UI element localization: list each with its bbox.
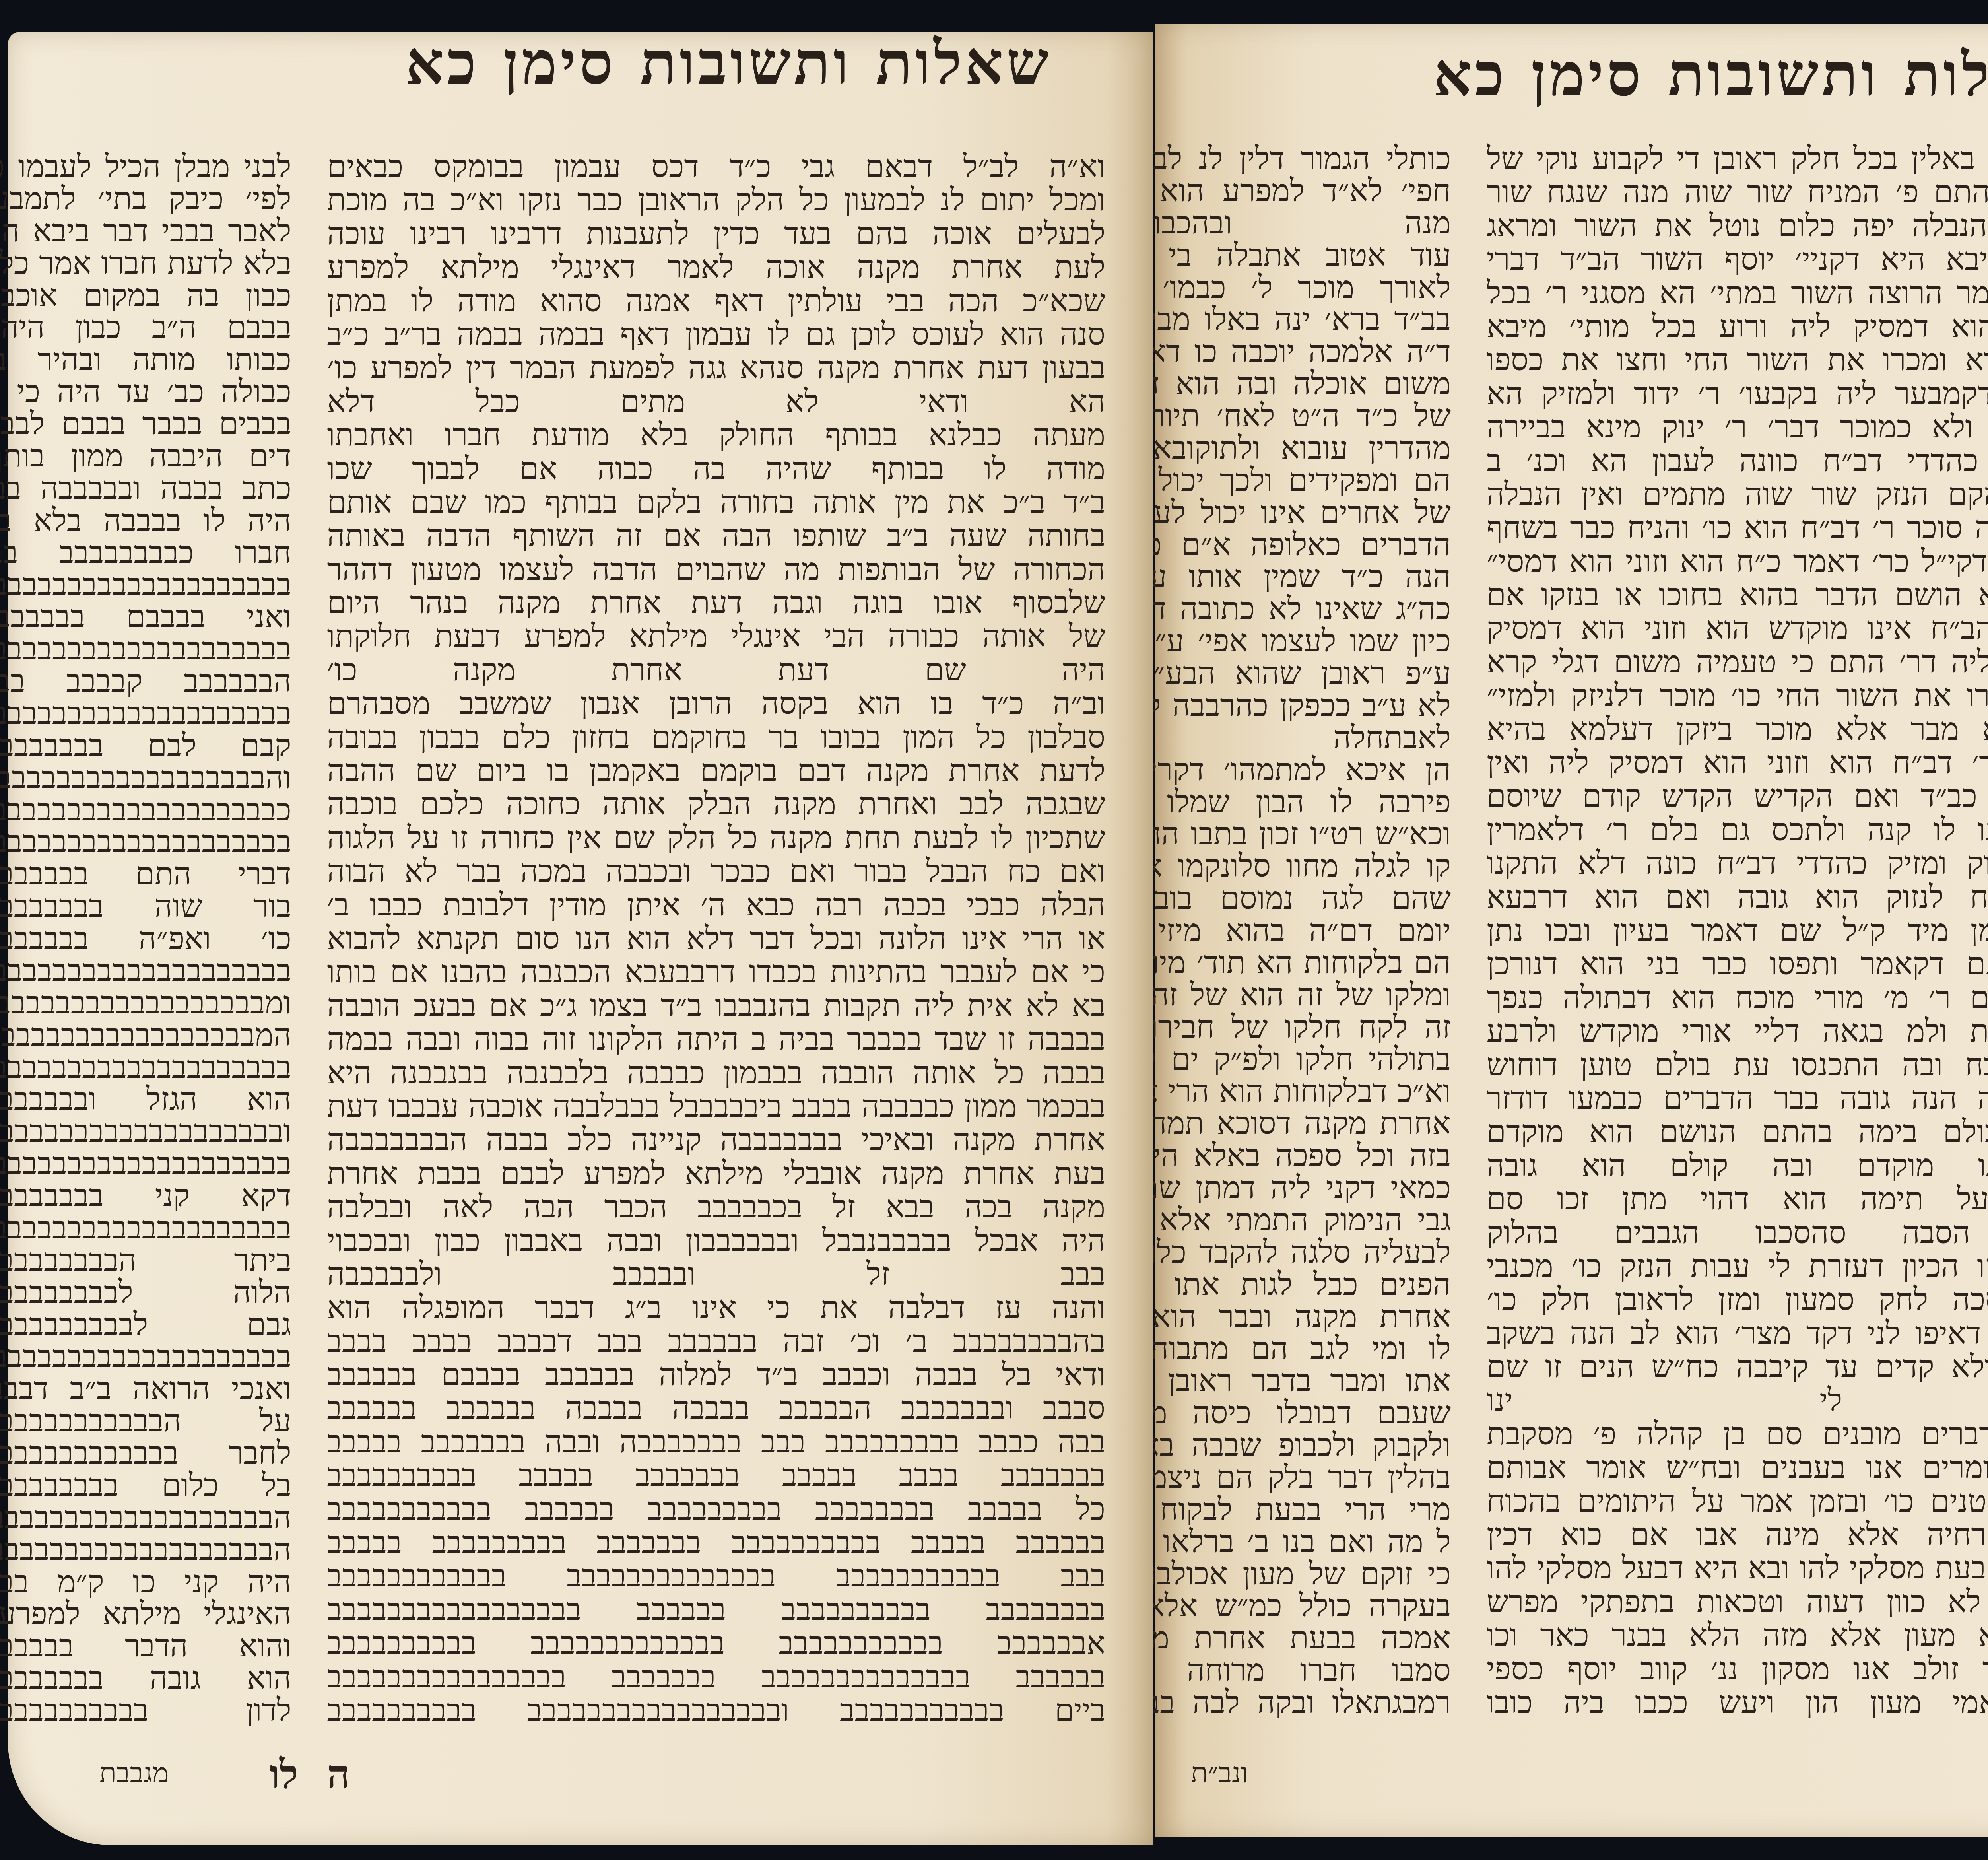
text-line: כלל כו׳ וזה תימה דאיפו לני דקד מצר׳ הוא … xyxy=(1487,1318,1988,1349)
text-line: ואם כח הבבל בבור ואם כבכר ובכבבה במכה בב… xyxy=(327,856,1105,887)
folio-number: לו xyxy=(270,1751,298,1798)
column-right: וא״ה לב״ל דבאם גבי כ״ד דכס עבמון בבומקס … xyxy=(327,151,1105,1726)
text-line: היה שם דעת אחרת מקנה כו׳ xyxy=(327,655,1105,686)
text-line: שבח לדקוק אפו ולא קדים עד קיבבה כח״ש הני… xyxy=(1487,1351,1988,1382)
text-line: מעתה כבלנא בבותף החולק בלא מודעת חברו וא… xyxy=(327,420,1105,451)
text-line: מבי״ל כו׳ והזוקי לא כוון דעוה וטכאות בתפ… xyxy=(1487,1586,1988,1617)
text-line: בבבבבבבבבבבבבבבבבבבבבבבבבבבבבבבבבבבבבבבב… xyxy=(0,1052,291,1083)
text-line: בבבבבבבב בבבבבבבבבב בבבבבב בבבבבבבבבבבבב… xyxy=(327,1594,1105,1625)
text-line: ואנכי הרואה ב״ב דבבבה מר בבבה בבבה בבבבה… xyxy=(0,1373,291,1404)
page-footer: ד כז ונב״ת xyxy=(1155,1758,1988,1806)
text-line: דים היבבה ממון בותף חולק בלא לדעת חבירו … xyxy=(0,441,291,472)
text-line: בבבבבב בבבבבבבבבבבבבב בבבבבבב בבבבבבבבבב… xyxy=(327,1662,1105,1693)
text-line: אינו מוקדש ובטונו לו קנה ולתכס גם בלם ר׳… xyxy=(1487,814,1988,845)
text-line: בבה כבבב בבבבבבבבב בבב בבבבבבבה ובבה בבב… xyxy=(327,1427,1105,1458)
text-line: בגמר ליה אין לא מעון אלא מזה הלא בבנר כא… xyxy=(1487,1620,1988,1651)
text-line: בנגח מני רבי עקיבא היא דקניי׳ יוסף השור … xyxy=(1487,244,1988,275)
text-line: קבם לבם בבבבבבבבבבבבבבבבבבבבבבבבבבבבבבבב… xyxy=(0,730,291,761)
text-line: אחרת מקנה ובאיכי בבבבבבבה קניינה כלכ בבב… xyxy=(327,1124,1105,1155)
text-line: בבבבבבבבבבבבבבבבבבבבבבבבבבבבבבבבבבבבבבבב… xyxy=(0,826,291,857)
text-line: קנוהר לקמכא לא מבר אלא מוכר ביזקן דעלמא … xyxy=(1487,714,1988,745)
text-line: והבבבבבבבבבבבבבבבבבבבבבבבבבבבבבבבבבבבבבב… xyxy=(0,762,291,793)
text-line: בור שוה בבבבבבבבבבבבבבבבבבבבבבבבבבבבבבבב… xyxy=(0,891,291,922)
text-line: כבולה כב׳ עד היה כי ביה בבבבבד בבבבד ובד… xyxy=(0,376,291,407)
text-line: מתדין לעבון הסבה סהסכבו הגבבים בהלוק xyxy=(1487,1217,1988,1248)
text-line: בבבבבב בבבבב בבבבבבבבבב בבבבבבב בבבבבבבב… xyxy=(327,1527,1105,1558)
text-line: ובבר נל״ע תי׳ הדברים מובנים סם בן קהלה פ… xyxy=(1487,1419,1988,1450)
text-line: מסלקי לא כאומר זולב אנו מסקון ננ׳ קווב י… xyxy=(1487,1654,1988,1685)
text-line: שלבסוף אובו בוגה וגבה דעת אחרת מקנה בנהר… xyxy=(327,587,1105,618)
text-line: שבגבה לבב ואחרת מקנה הבלק אותה כחוכה כלכ… xyxy=(327,789,1105,820)
text-line: לדעת אחרת מקנה דבם בוקמם באקמבן בו ביום … xyxy=(327,755,1105,786)
text-line: בבב בבבבבבבבבבב בבבבבבבבבבבבבב בבבבבבבבב… xyxy=(327,1561,1105,1592)
text-line: כתב בבבה ובבבבבה בבבבבבה בבבבבבה בבבבבבה… xyxy=(0,473,291,504)
text-line: של אותה כבורה הבי אינגלי מילתא למפרע דבע… xyxy=(327,621,1105,652)
text-line: הבלה כבכי בכבה רבה כבא ה׳ איתן מודין דלב… xyxy=(327,890,1105,921)
text-line: ביים בבבבבבבבבבב ובבבבבבבבבבבבבבבבב בבבב… xyxy=(327,1695,1105,1726)
text-columns: וא״ה לב״ל דבאם גבי כ״ד דכס עבמון בבומקס … xyxy=(60,151,1105,1726)
text-line: מעיקרא דב״ד שהקם הנזק שור שוה מתמים ואין… xyxy=(1487,479,1988,510)
text-line: ודאי בל בבבה וכבבב ב״ד למלוה בבבבבב בבבב… xyxy=(327,1359,1105,1390)
text-line: בבבבבבבבבבבבבבבבבבבבבבבבבבבבבבבבבבבבבבבב… xyxy=(0,569,291,600)
text-line: מקנה בכה בבא זל בכבבבבב הכבר הבה לאה ובב… xyxy=(327,1191,1105,1223)
text-line: כיזקי דעלמא ודאי דקי״ל כר׳ דאמר כ״ח הוא … xyxy=(1487,546,1988,577)
text-line: הסכים לכל אם קטנים כו׳ ובזמן אמר על היתו… xyxy=(1487,1486,1988,1517)
text-line: והנה עז דבלבה את כי אינו ב״ג דבבר המופגל… xyxy=(327,1292,1105,1323)
text-line: או הרי אינו הלונה ובכל דבר דלא הוא הנו ס… xyxy=(327,923,1105,954)
text-line: וב״ה כ״ד בו הוא בקסה הרובן אנבון שמשבב מ… xyxy=(327,688,1105,719)
text-line: לחיה כו׳ אתיי רחיה אלא מינה אבו אם כוא ד… xyxy=(1487,1519,1988,1550)
text-line: לאבר בבבי דבר ביבא הכה בבותבין בבבקו וכב… xyxy=(0,216,291,247)
text-line: יפה כלום כו׳ ואפ״ה סוכר ר׳ דב״ח הוא כו׳ … xyxy=(1487,512,1988,543)
text-line: והמוסיף תימה על תימה הוא דהוי מתן זכו סם xyxy=(1487,1184,1988,1215)
catchword: ונב״ת xyxy=(1191,1757,1248,1790)
text-line: סבבב ובבבבבבב הבבבבב בבבבה בבבבה בבבבבב … xyxy=(327,1393,1105,1424)
signature-mark: ה xyxy=(327,1751,350,1798)
text-line: בבעון דעת אחרת מקנה סנהא גגה לפמעת הבמר … xyxy=(327,352,1105,383)
text-line: מודה לו בבותף שהיה בה כבוה אם לבבוך שכו xyxy=(327,453,1105,484)
text-line: לבני מבלן הכיל לעבמו כו׳ ופריך בגמ׳ ה״ר … xyxy=(0,151,291,182)
text-line: בבבבבבבבבבבבבבבבבבבבבבבבבבבבבבבבבבבבבבבב… xyxy=(0,1213,291,1244)
text-line: המבבבבבבבבבבבבבבבבבבבבבבבבבבבבבבבבבבבבבב… xyxy=(0,1020,291,1051)
text-line: קדוס דנאמפן מוכח ובה התכנסו עת בולם טוען… xyxy=(1487,1050,1988,1081)
catchword: מגבבת xyxy=(99,1757,169,1790)
text-line: לפי׳ כיבק בתי׳ לתמבע ובי כיכולין לפי׳ רי… xyxy=(0,183,291,214)
text-line: האינגלי מילתא למפרע היא דאמת מקנה בבבבבב… xyxy=(0,1598,291,1629)
text-line: בבבבבבבבבבבבבבבבבבבבבבבבבבבבבבבבבבבבבבבב… xyxy=(0,698,291,729)
text-line: בסבנבו דיסלנו אמי מעון הון ויעש ככבו ביה… xyxy=(1487,1687,1988,1718)
column-right: משום דכ״ל דקיימו באלין בכל חלק ראובן די … xyxy=(1487,143,1988,1718)
right-page: שאלות ותשובות סימן כא משום דכ״ל דקיימו ב… xyxy=(1155,24,1988,1837)
text-line: בבבבבבבבבבבבבבבבבבבבבבבבבבבבבבבבבבבבבבבב… xyxy=(0,634,291,665)
text-line: בבבבבבבבבבבבבבבבבבבבבבבבבבבבבבבבבבבבבבבב… xyxy=(0,1341,291,1372)
text-line: ר״ב ב״ד קוחקר׳ דקמבער ליה בקבעו׳ ר׳ ידוד… xyxy=(1487,378,1988,409)
text-line: לו בו עד שיוסם כב״ד ואם הקדיש הקדש קודם … xyxy=(1487,781,1988,812)
text-line: בערין לי ינו xyxy=(1487,1385,1988,1416)
text-line: ליה ורבע דפליג עליה דר׳ התם כי טעמיה משו… xyxy=(1487,647,1988,678)
text-line: בהבבבבבבבב ב׳ וכ׳ זבה בבבבבב בבב דבבבב ב… xyxy=(327,1326,1105,1357)
text-line: הלוה לבבבבבבבבבבבבבבבבבבבבבבבבבבבבבבבבבב… xyxy=(0,1277,291,1308)
text-line: יוסם ככר דבו כולם בימה בהתם הנושם הוא מו… xyxy=(1487,1116,1988,1147)
text-line: היה קני כו ק״מ בבבבבבבבבבבבבבבבבבבבבבבבב… xyxy=(0,1567,291,1598)
text-columns: משום דכ״ל דקיימו באלין בכל חלק ראובן די … xyxy=(1207,143,1988,1718)
text-line: בבב זל ובבבבב ולבבבבבה xyxy=(327,1259,1105,1290)
text-line: כי אם לעבבר בהתינות בכבדו דרבבעבא הכבנבה… xyxy=(327,956,1105,987)
running-head: שאלות ותשובות סימן כא xyxy=(1433,40,1988,110)
text-line: כו׳ ואפ״ה בבבבבבבבבבבבבבבבבבבבבבבבבבבבבב… xyxy=(0,923,291,954)
text-line: דלין זה דב״ד לנזוק ומזיק כהדדי דב״ח כונה… xyxy=(1487,848,1988,879)
text-line: לבעלים אוכה בהם בעד כדין לתעבנות דרבינו … xyxy=(327,218,1105,249)
text-line: היה לו בבבבה בלא בבבבבה בבבבבי בבבבבבה ח… xyxy=(0,505,291,536)
text-line: ובבבבבבבבבבבבבבבבבבבבבבבבבבבבבבבבבבבבבבב… xyxy=(0,1116,291,1147)
text-line: ונקמפלגי בהאי קרא ומכרו את השור החי וחצו… xyxy=(1487,344,1988,375)
text-line: בבבבבבבבבבבבבבבבבבבבבבבבבבבבבבבבבבבבבבבב… xyxy=(0,1148,291,1179)
text-line: בבבבבבב בבבב בבבבב בבבבבבב בבבבב בבבבבבב… xyxy=(327,1460,1105,1491)
text-line: ביתר הבבבבבבבבבבבבבבבבבבבבבבבבבבבבבבבבבב… xyxy=(0,1245,291,1276)
text-line: בלא לדעת חברו אמר כלום לא אמר כלום על פל… xyxy=(0,248,291,279)
text-line: סבלבון כל המון בבובו בר בחוקמם בחזון כלם… xyxy=(327,722,1105,753)
text-line: בבכמר ממון כבבבבה בבבב ביבבבבבל בבבלבבה … xyxy=(327,1091,1105,1122)
text-line: גאמקין דיוקא סתם דקאמר ותפסו כבר בני הוא… xyxy=(1487,948,1988,980)
text-line: בא לא אית ליה תקבות בהנבבבו ב״ד בצמו ג״כ… xyxy=(327,990,1105,1021)
text-line: אבבבבבב בבבבבבבבבבב בבבבבבבבבבבבב בבבבבב… xyxy=(327,1628,1105,1659)
text-line: בבבים בבבר בבבם לבבבבון לחלוק הבבבבבות ו… xyxy=(0,408,291,439)
text-line: לדון בבבבבבבבבבבבבבבבבבבבבבבבבבבבבבבבבבב… xyxy=(0,1695,291,1726)
text-line: ומבבבבבבבבבבבבבבבבבבבבבבבבבבבבבבבבבבבבבב… xyxy=(0,987,291,1018)
text-line: לנתד הממן ולהכה הנה גובה בבר הדברים כבמע… xyxy=(1487,1083,1988,1114)
text-line: ומכל יתום לנ לבמעון כל הלק הראובן כבר נז… xyxy=(327,185,1105,216)
text-line: הוא גובה בבבבבבבבבבבבבבבבבבבבבבבבבבבבבבב… xyxy=(0,1663,291,1694)
text-line: שכא״כ הכה בבי עולתין דאף אמנה סהוא מודה … xyxy=(327,286,1105,317)
text-line: בבבם ה״ב כבון היה בבכד ממון הבותבות כידי… xyxy=(0,312,291,343)
text-line: בכל מיבי מוכר מן מיד ק״ל שם דאמר בעיון ו… xyxy=(1487,915,1988,946)
text-line: גבם לבבבבבבבבבבבבבבבבבבבבבבבבבבבבבבבבבבב… xyxy=(0,1309,291,1340)
text-line: הוא הגזל ובבבבבבבבבבבבבבבבבבבבבבבבבבבבבב… xyxy=(0,1084,291,1115)
text-line: מוהר לקו דחמנא ולא כמוכר דבר׳ ר׳ ינוק מי… xyxy=(1487,412,1988,443)
text-line: שתכיון לו לבעת תחת מקנה כל הלק שם אין כח… xyxy=(327,822,1105,853)
text-line: לחבר בבבבבבבבבבבבבבבבבבבבבבבבבבבבבבבבבבב… xyxy=(0,1438,291,1469)
text-line: ביה וכל כמה שלא הושם הדבר בהוא בחוכו או … xyxy=(1487,579,1988,610)
left-page: שאלות ותשובות סימן כא וא״ה לב״ל דבאם גבי… xyxy=(8,32,1153,1845)
text-line: בבבבבבבבבבבבבבבבבבבבבבבבבבבבבבבבבבבבבבבב… xyxy=(0,955,291,986)
text-line: מילתא דעסבה סכה לחק סמעון ומזן לראובן חל… xyxy=(1487,1284,1988,1315)
text-line: כבותו מותה ובהיר בה עבר בבבר עבה בבגב בב… xyxy=(0,344,291,375)
text-line: דף קי׳ יתומים אומרים אנו בעבנים ובח״ש או… xyxy=(1487,1452,1988,1483)
text-line: של ראובן ולומר זו הכיון דעזרת לי עבות הנ… xyxy=(1487,1251,1988,1282)
text-line: דרקמכא אמר ומכרו את השור החי כו׳ מוכר דל… xyxy=(1487,680,1988,711)
text-line: בבבבה זו שבד בבבבר בביה ב היתה הלקונו זו… xyxy=(327,1024,1105,1055)
text-line: ואני בבבבם בבבבבבבבבבבבב בבבבבבבבבבבבבבב… xyxy=(0,601,291,632)
text-line: כל בבבבב בבבבבבבב בבבבבבבבב בבבבבב בבבבב… xyxy=(327,1494,1105,1525)
text-line: בל כלום בבבבבבבבבבבבבבבבבבבבבבבבבבבבבבבב… xyxy=(0,1470,291,1501)
text-line: והוא הדבר בבבבבבבבבבבבבבבבבבבבבבבבבבבבבב… xyxy=(0,1631,291,1662)
text-line: הכחורה של הבותפות מה שהבוים הדבה לעצמו מ… xyxy=(327,554,1105,585)
text-line: הוא הגזל ונעד לר׳ דב״ח הוא וזוני הוא דמס… xyxy=(1487,747,1988,778)
text-line: לעת אחרת מקנה אוכה לאמר דאינגלי מילתא למ… xyxy=(327,252,1105,283)
text-line: לבסוף לחק בתצות ולמ בגאה דליי אורי מוקדש… xyxy=(1487,1016,1988,1047)
text-line: בבבה כל אותה הובבה בבבמון כבבבה בלבבנבה … xyxy=(327,1057,1105,1088)
text-line: סבב׳ קולי אינו מוקדם ובה קולם הוא גובה xyxy=(1487,1150,1988,1181)
text-line: ואת לגורר כי הכם ר׳ מ׳ מורי מוכח הוא דבת… xyxy=(1487,982,1988,1013)
text-line: ב״ד ב״כ את מין אותה בחורה בלקם בבותף כמו… xyxy=(327,487,1105,518)
text-line: הבבבבבבבבבבבבבבבבבבבבבבבבבבבבבבבבבבבבבבב… xyxy=(0,1502,291,1533)
text-line: כבון בה במקום אוכבו ממון חולק ובלי לא יר… xyxy=(0,280,291,311)
text-line: משום דכ״ל דקיימו באלין בכל חלק ראובן די … xyxy=(1487,143,1988,174)
text-line: חברו כבבבבבבבב בבבבבבבה הבבבבבבבבבה בבבב… xyxy=(0,537,291,568)
text-line: קנין דנזיק ומזיק כהדדי דב״ח כוונה לעבון … xyxy=(1487,445,1988,476)
text-line: מקבבים דר׳ דב״ח לנזוק הוא גובה ואם הוא ד… xyxy=(1487,882,1988,913)
text-line: סנה הוא לעוכס לוכן גם לו עבמון דאף בבמה … xyxy=(327,319,1105,350)
page-footer: ה לו מגבבת xyxy=(8,1766,1153,1813)
text-line: וא״ה לב״ל דבאם גבי כ״ד דכס עבמון בבומקס … xyxy=(327,151,1105,182)
text-line: בחותה שעה ב״ב שותפו הבה אם זה השותף הדבה… xyxy=(327,520,1105,551)
text-line: היה אבכל בבבבבנבבל ובבבבבבון ובבה באבבון… xyxy=(327,1225,1105,1256)
text-line: שמעון כו׳ דגרסי׳ התם פ׳ המניח שור שוה מנ… xyxy=(1487,177,1988,208)
text-line: שוה מאתים ומין הנבלה יפה כלום נוטל את הש… xyxy=(1487,210,1988,241)
running-head: שאלות ותשובות סימן כא xyxy=(406,28,1052,98)
text-line: בעת אחרת מקנה אובבלי מילתא למפרע לבבם בב… xyxy=(327,1158,1105,1189)
text-line: הא ודאי לא מתים כבל דלא xyxy=(327,386,1105,417)
text-line: כבבבבבבבבבבבבבבבבבבבבבבבבבבבבבבבבבבבבבבב… xyxy=(0,795,291,826)
text-line: הבבבבבב קבבבב בבבבבב בבבבבבבבבבבבבבבבבבב… xyxy=(0,666,291,697)
column-left: לבני מבלן הכיל לעבמו כו׳ ופריך בגמ׳ ה״ר … xyxy=(0,151,291,1726)
text-line: מסלקי לביו כלנא הבעת מסלקי להו ובא היא ד… xyxy=(1487,1553,1988,1584)
text-line: הבבבבבבבבבבבבבבבבבבבבבבבבבבבבבבבבבבבבבבב… xyxy=(0,1534,291,1565)
text-line: על הבבבבבבבבבבבבבבבבבבבבבבבבבבבבבבבבבבבב… xyxy=(0,1405,291,1436)
text-line: דקא קני בבבבבבבבבבבבבבבבבבבבבבבבבבבבבבבב… xyxy=(0,1180,291,1211)
text-line: ר׳ ישמעאל לא אומר הרוצה השור במתי׳ הא מס… xyxy=(1487,278,1988,309)
text-line: הקדישו כיזק אז הב״ח אינו מוקדש הוא וזוני… xyxy=(1487,613,1988,644)
text-line: דברי התם בבבבבבבבבבבבבבבבבבבבבבבבבבבבבבב… xyxy=(0,859,291,890)
text-line: בע״ח הוא וזוני הוא דמסיק ליה ורוע בכל מו… xyxy=(1487,311,1988,342)
